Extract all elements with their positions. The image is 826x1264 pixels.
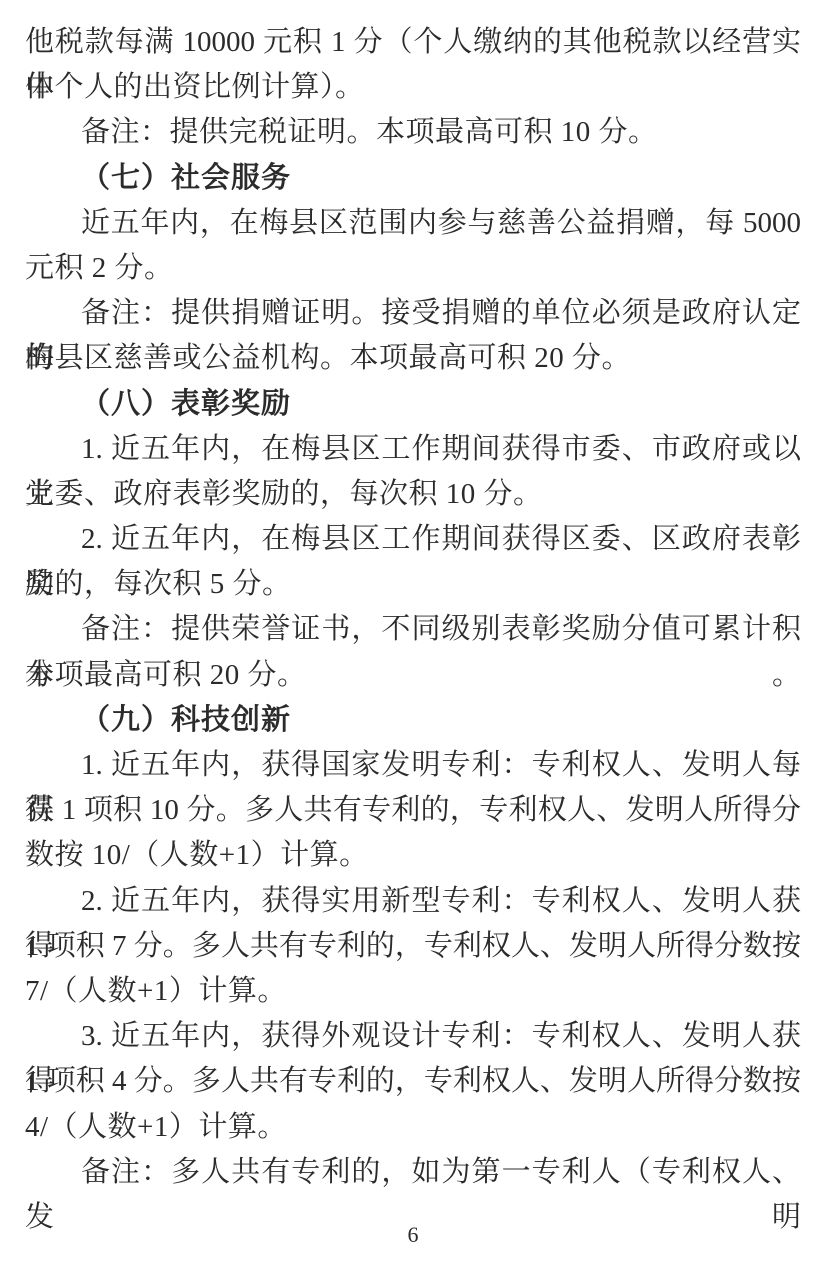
text-line: 备注：提供捐赠证明。接受捐赠的单位必须是政府认定的 <box>25 291 801 336</box>
text-line: 得 1 项积 10 分。多人共有专利的，专利权人、发明人所得分 <box>25 788 801 833</box>
text-line: 励的，每次积 5 分。 <box>25 562 801 607</box>
document-body: 他税款每满 10000 元积 1 分（个人缴纳的其他税款以经营实体中个人的出资比… <box>25 20 801 1195</box>
page-number: 6 <box>408 1222 419 1247</box>
text-line: 备注：多人共有专利的，如为第一专利人（专利权人、发明 <box>25 1150 801 1195</box>
text-line: 1. 近五年内，在梅县区工作期间获得市委、市政府或以上 <box>25 427 801 472</box>
text-line: 2. 近五年内，在梅县区工作期间获得区委、区政府表彰奖 <box>25 517 801 562</box>
section-heading: （九）科技创新 <box>25 698 801 743</box>
document-page: 他税款每满 10000 元积 1 分（个人缴纳的其他税款以经营实体中个人的出资比… <box>0 0 826 1264</box>
text-line: 7/（人数+1）计算。 <box>25 969 801 1014</box>
text-line: 数按 10/（人数+1）计算。 <box>25 833 801 878</box>
text-line: 4/（人数+1）计算。 <box>25 1105 801 1150</box>
text-line: 1. 近五年内，获得国家发明专利：专利权人、发明人每获 <box>25 743 801 788</box>
section-heading: （八）表彰奖励 <box>25 382 801 427</box>
section-heading: （七）社会服务 <box>25 156 801 201</box>
text-line: 元积 2 分。 <box>25 246 801 291</box>
text-line: 1 项积 7 分。多人共有专利的，专利权人、发明人所得分数按 <box>25 924 801 969</box>
text-line: 2. 近五年内，获得实用新型专利：专利权人、发明人获得 <box>25 879 801 924</box>
text-line: 中个人的出资比例计算）。 <box>25 65 801 110</box>
text-line: 党委、政府表彰奖励的，每次积 10 分。 <box>25 472 801 517</box>
text-line: 他税款每满 10000 元积 1 分（个人缴纳的其他税款以经营实体 <box>25 20 801 65</box>
text-line: 3. 近五年内，获得外观设计专利：专利权人、发明人获得 <box>25 1014 801 1059</box>
text-line: 1 项积 4 分。多人共有专利的，专利权人、发明人所得分数按 <box>25 1059 801 1104</box>
text-line: 梅县区慈善或公益机构。本项最高可积 20 分。 <box>25 336 801 381</box>
text-line: 备注：提供荣誉证书，不同级别表彰奖励分值可累计积分。 <box>25 607 801 652</box>
page-footer: 6 <box>0 1222 826 1248</box>
text-line: 备注：提供完税证明。本项最高可积 10 分。 <box>25 110 801 155</box>
text-line: 近五年内，在梅县区范围内参与慈善公益捐赠，每 5000 <box>25 201 801 246</box>
